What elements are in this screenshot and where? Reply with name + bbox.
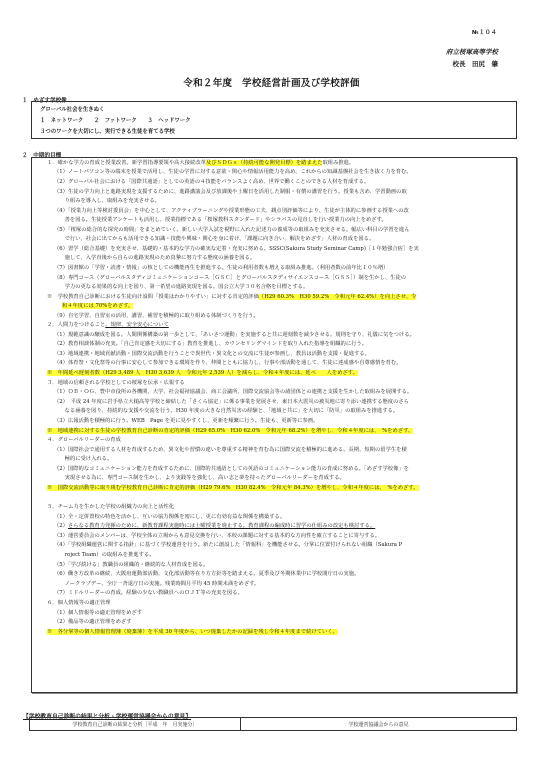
goal5-item: （1）全・定併置校の特色を活かし、互いの協力関係を密にし、更に有効有益な関係を構… <box>54 514 285 521</box>
evaluation-table: 学校教育自己診断の結果と分析［平成 年 月実施分］ 学校運営協議会からの意見 <box>29 717 517 731</box>
goal1-item: （2）グローバル社会における「国際共通語」としての英語の４技能をバランスよく高め… <box>54 179 369 186</box>
goal2-title: ２．人間力をつけること、規律、安全安心について <box>47 322 169 329</box>
goal4-note: ※ 国際交流活動等に取り組む学校教育自己診断に肯定的評価（H29 79.6% H… <box>47 485 419 492</box>
goal1-item: （4）「授業力向上等検討委員会」を中心として、アクティブラーニングや授業形態の工… <box>54 208 409 215</box>
goal4-item: （2）国際的なコミュニケーション能力を育成するために、国際的共通語としての英語の… <box>54 466 409 473</box>
goal5-item: roject Team）の取組みを推進する。 <box>54 552 155 559</box>
goal1-item: （8）専門コース（グローバルスタディコミュニケーションコース［ＧＳＣ］とグローバ… <box>54 275 406 282</box>
document-number: №１０４ <box>472 28 497 36</box>
evaluation-col-self-diagnosis: 学校教育自己診断の結果と分析［平成 年 月実施分］ <box>30 718 241 730</box>
page-title: 令和２年度 学校経営計画及び学校評価 <box>0 75 543 89</box>
goal1-item: り組みを導入し、取組みを充実させる。 <box>54 198 160 205</box>
goal1-item: （5）「桜塚の総合的な探究の時間」をまとめていく。新しい大学入試を視野に入れた記… <box>54 227 410 234</box>
goal1-item: （6）習学（総合基礎）を充実させ、基礎的・基本的な学力の確実な定着・充実に努める… <box>54 246 419 253</box>
goal1-item: 学力の更なる効果的な向上を図り、第一希望の進路実現を図る。国公立大学３０名合格を… <box>54 284 308 291</box>
goal5-item: （6）働き方改革の継続、大阪府運動部活動、文化部活動等在り方方針等を踏まえる。夏… <box>54 571 359 578</box>
goal2-item: （1）規範意識の醸成を図る。人間関係構築の第一歩として、「あいさつ運動」を実施す… <box>54 332 415 339</box>
goal3-note: ※ 地域連携に対する生徒の学校教育自己診断の肯定的評価（H29 65.0% H3… <box>47 428 413 435</box>
goal1-item: で行い、社会に出てからも活用できる知識・技能や興味・関心を身に着け、「課題に向き… <box>54 236 374 243</box>
goal2-item: （2）教育相談体制の充実。「自己肯定感を大切にする」教育を推進し、カウンセリング… <box>54 341 367 348</box>
goal2-item: （3）地域連携・地域貢献活動・国際交流活動を行うことで異世代・異文化との交流に生… <box>54 351 370 358</box>
goal1-item: （3）生徒の学力向上と進路実現を支援するために、進路講演会及び放課後や土曜日を活… <box>54 189 407 196</box>
goal3-item: （1）ＯＢ・ＯＧ、豊中市役所の各機関、大学、社会福祉協議会、商工会議所、国際交流… <box>54 389 412 396</box>
goal3-item: （2） 平成 24 年度に岩手県立大槌高等学校と締結した「さくら協定」に係る事業… <box>54 399 409 406</box>
goal5-item: ノークラブデー、全庁一斉退庁日の実施。残業時間月平均 45 時間未満をめざす。 <box>54 581 259 588</box>
goal3-title: ３．地域の信頼される学校としての桜塚を伝承・広報する <box>47 380 185 387</box>
goal3-item: （3）広報活動を積極的に行う。WEB Page を更に見やすくし、更新を頻繁に行… <box>54 418 318 425</box>
goal1-item: 施して、入学直後から自らの進路実現のため真摯に努力する態度の涵養を図る。 <box>54 255 255 262</box>
goal6-title: ６．個人情報等の適正管理 <box>47 600 111 607</box>
goal1-item: （1）ノートパソコン等の端末を授業で活用し、生徒の学習に対する意欲・関心や情報活… <box>54 169 412 176</box>
goal1-item: 善を図る。生徒授業アンケートも活用し、授業指標である「桜塚教科スタンダード」やシ… <box>54 217 387 224</box>
goal6-item: （2）備品等の適正管理をめざす <box>54 619 132 626</box>
goal2-note: ※ 年間延べ遅刻者数（H29 3,489 人 H30 3,639 人 令和元年 … <box>47 370 358 377</box>
school-vision-box: グローバル社会を生きぬく １ ネットワーク ２ フットワーク ３ ヘッドワーク … <box>31 101 517 139</box>
vision-line: グローバル社会を生きぬく <box>40 105 104 113</box>
goal1-title: １．確かな学力の育成と授業改善。新学習指導要領や高大接続改革及びＳＤＧｓ（持続可… <box>47 160 354 167</box>
goal2-item: （4）体育祭・文化祭等の行事に安心して参加できる環境を作り、仲間とともに協力し、… <box>54 360 402 367</box>
goal4-title: ４．グローバルリーダーの育成 <box>47 437 121 444</box>
mid-term-goals-box: １．確かな学力の育成と授業改善。新学習指導要領や高大接続改革及びＳＤＧｓ（持続可… <box>31 157 517 693</box>
goal3-item: なる涵養を図り、持続的な支援や交流を行う。H30 年度の大きな自然災害の経験と、… <box>54 408 398 415</box>
goal4-item: 実現させる為に、専門コース制を生かし、より実践等を強化し、高い志と夢を持ったグロ… <box>54 475 345 482</box>
goal5-item: （5）「学び続ける」教職員の組織的・継続的な人材育成を図る。 <box>54 562 208 569</box>
goal5-item: （7）ミドルリーダーの育成。経験の少ない教職員へのＯＪＴ等の充実を図る。 <box>54 590 243 597</box>
goal5-item: （3）運営委員会のメンバーは、学校全体の立場からも意見交換を行い、本校の課題に対… <box>54 533 380 540</box>
principal-name: 校長 田尻 肇 <box>453 59 499 68</box>
goal1-note-cont: 和４年度には 70%をめざす。 <box>62 303 133 310</box>
vision-line: １ ネットワーク ２ フットワーク ３ ヘッドワーク <box>40 116 191 124</box>
goal5-title: ５．チーム力を生かした学校の組織力の向上と活性化 <box>47 504 174 511</box>
goal6-note: ※ 各分掌等の個人情報管理簿（廃棄簿）を平成 30 年度から、いつ廃棄したかの記… <box>47 629 338 636</box>
evaluation-col-council-opinion: 学校運営協議会からの意見 <box>241 718 516 730</box>
goal4-item: （1）国際社会で通用する人材を育成するため、異文化や習慣の違いを尊重する精神を育… <box>54 447 407 454</box>
goal1-item: （7）図書館の「学習・読書・情報」の核としての機能再生を推進する。生徒の利用者数… <box>54 265 388 272</box>
goal5-item: （4）「学校組織運営に関する指針」に基づく学校運営を行う。新たに創設した「情報科… <box>54 542 402 549</box>
school-name: 府立桜塚高等学校 <box>446 47 498 56</box>
goal4-item: 極的に受け入れる。 <box>54 456 112 463</box>
goal1-item: （9）自宅学習、自習室の活用、講習、補習を積極的に取り組める体制づくりを行う。 <box>54 313 259 320</box>
vision-line: ３つのワークを大切にし、実行できる生徒を育てる学校 <box>40 127 175 135</box>
goal5-item: （2）さらなる教育力発揮のために、新教育課程実施時には土曜授業を廃止する。教育課… <box>54 523 375 530</box>
goal1-note: ※ 学校教育自己診断における生徒向け設問「授業はわかりやすい」に対する肯定的評価… <box>47 294 416 301</box>
goal6-item: （1）個人情報等の適正管理をめざす <box>54 610 142 617</box>
